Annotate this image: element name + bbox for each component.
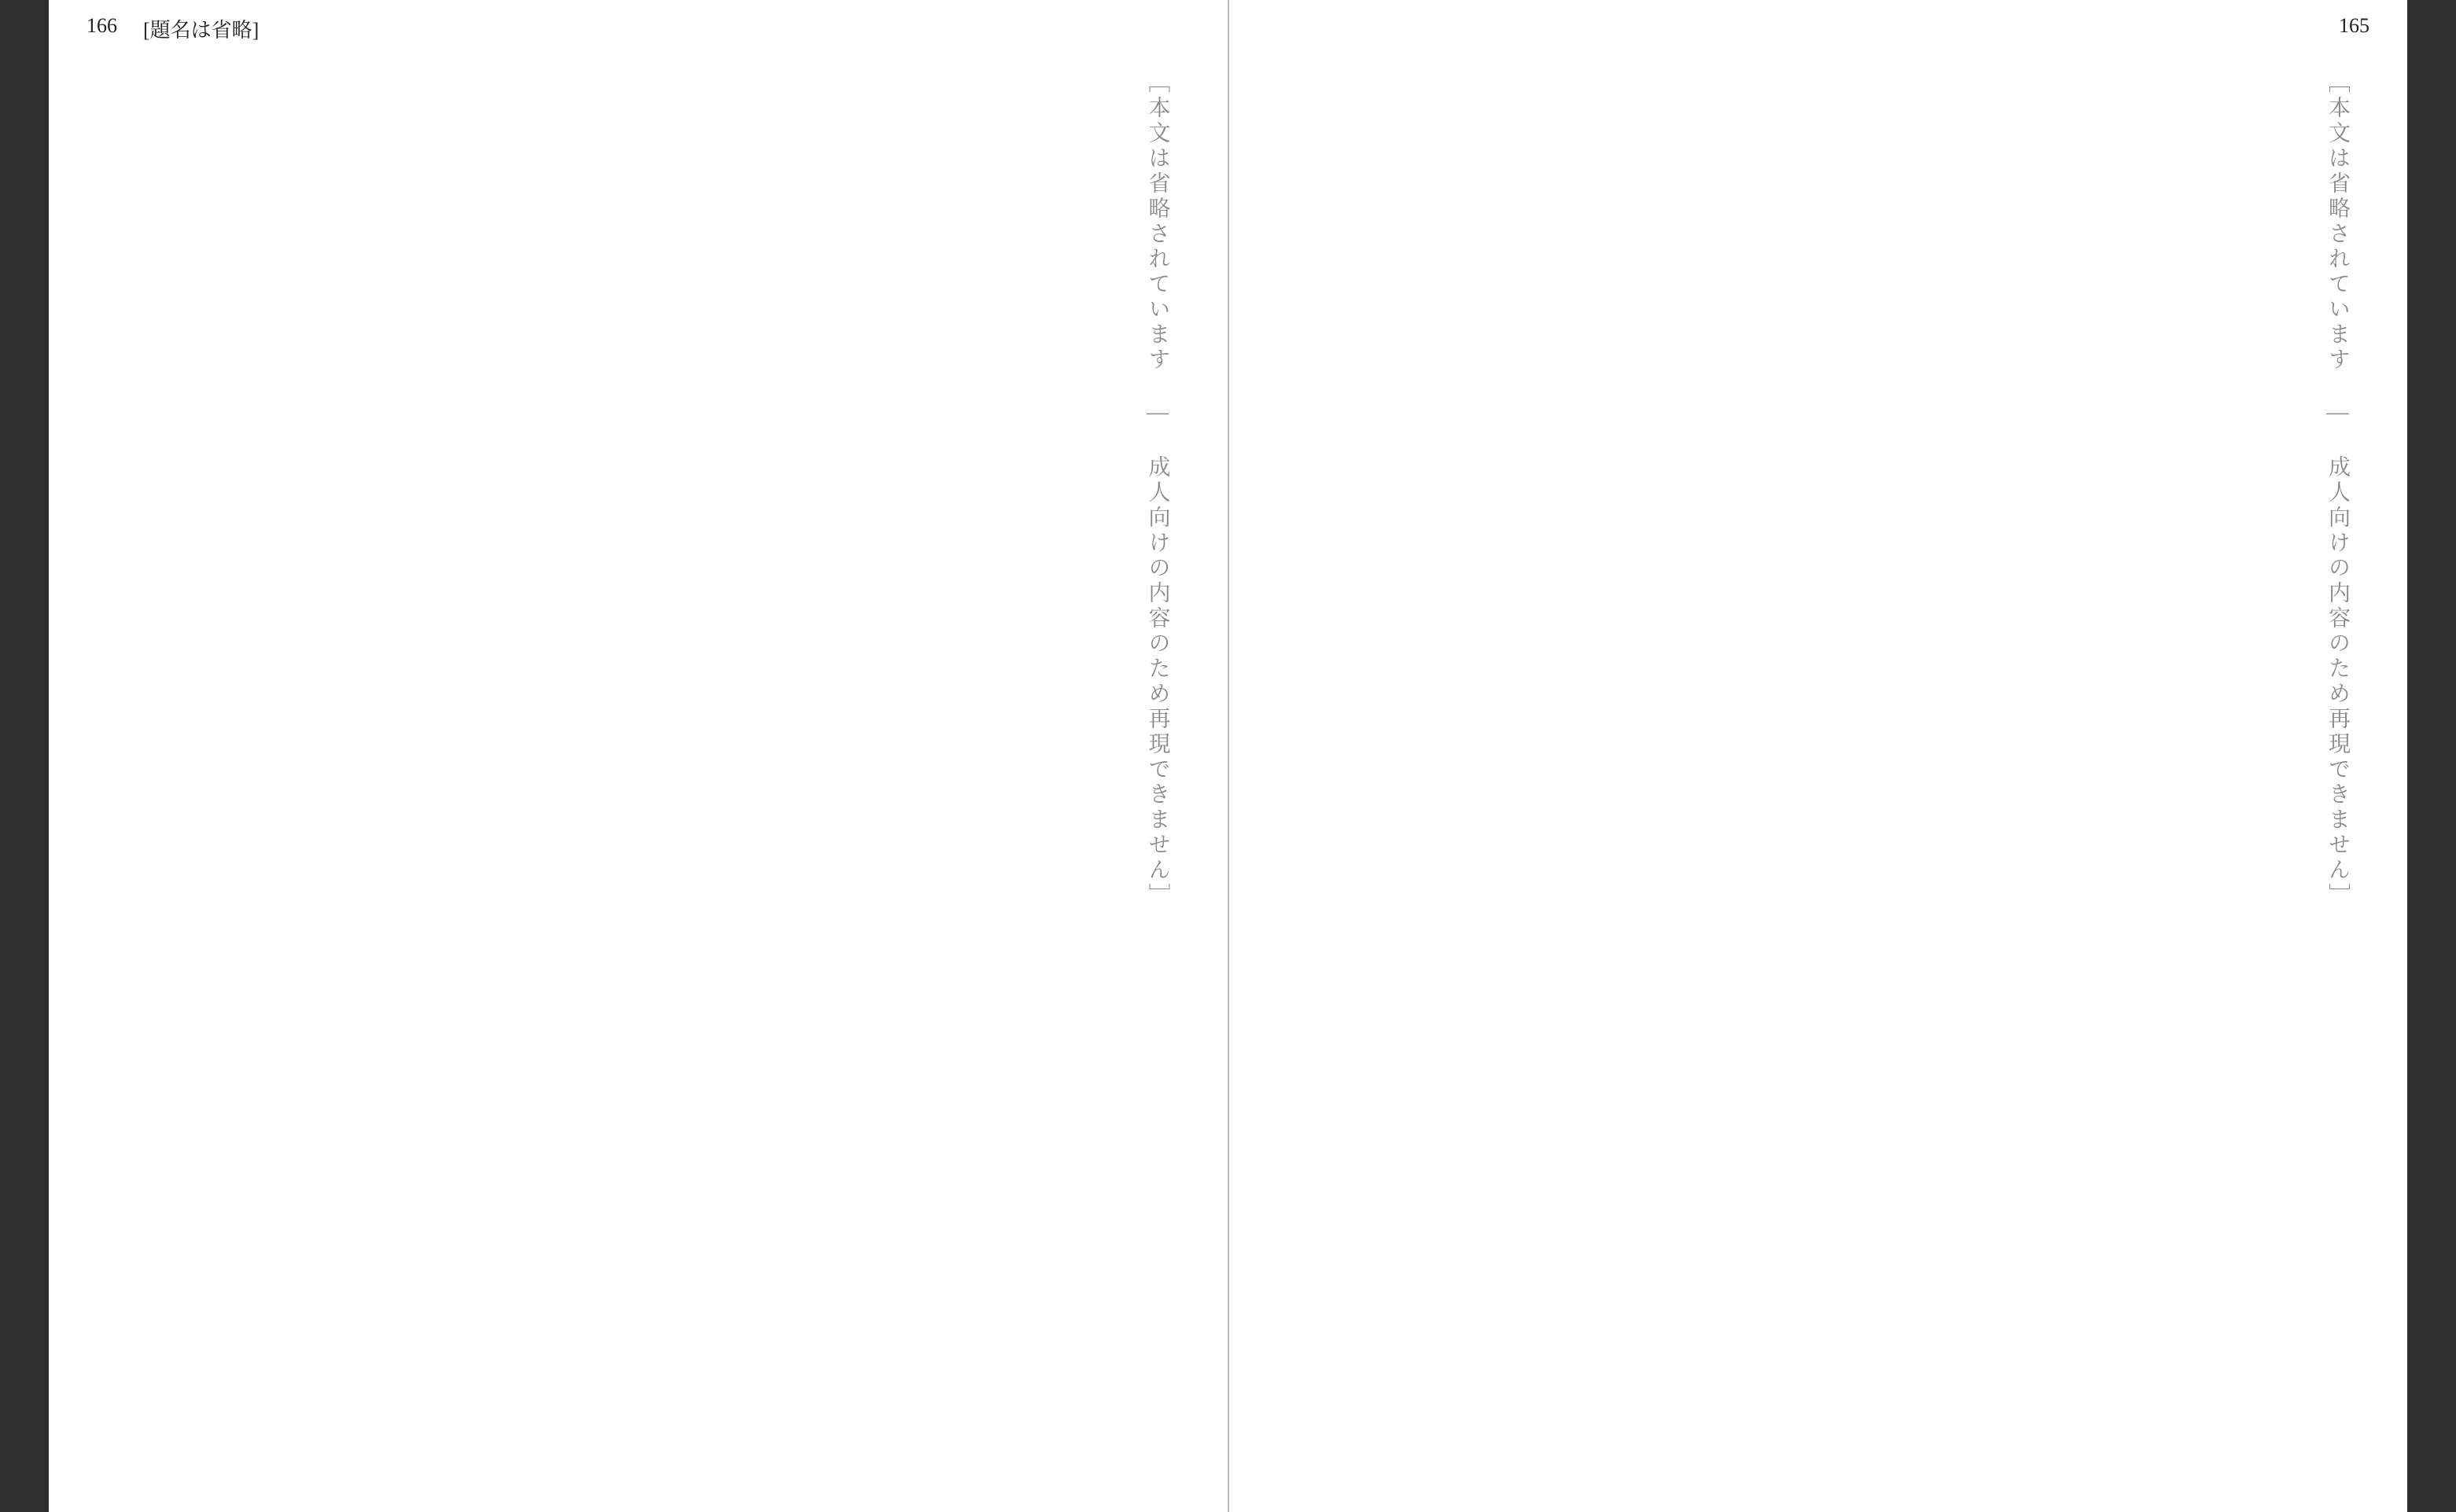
page-number-right: 165 [2339,14,2369,38]
page-number-left: 166 [87,14,117,38]
page-body-left: ［本文は省略されています — 成人向けの内容のため再現できません］ [96,71,1180,1465]
book-spread: 166 [題名は省略] ［本文は省略されています — 成人向けの内容のため再現で… [47,0,2409,1512]
page-body-right: ［本文は省略されています — 成人向けの内容のため再現できません］ [1276,71,2361,1465]
page-right: 165 ［本文は省略されています — 成人向けの内容のため再現できません］ [1228,0,2408,1512]
page-left: 166 [題名は省略] ［本文は省略されています — 成人向けの内容のため再現で… [49,0,1228,1512]
running-header: [題名は省略] [143,14,259,43]
